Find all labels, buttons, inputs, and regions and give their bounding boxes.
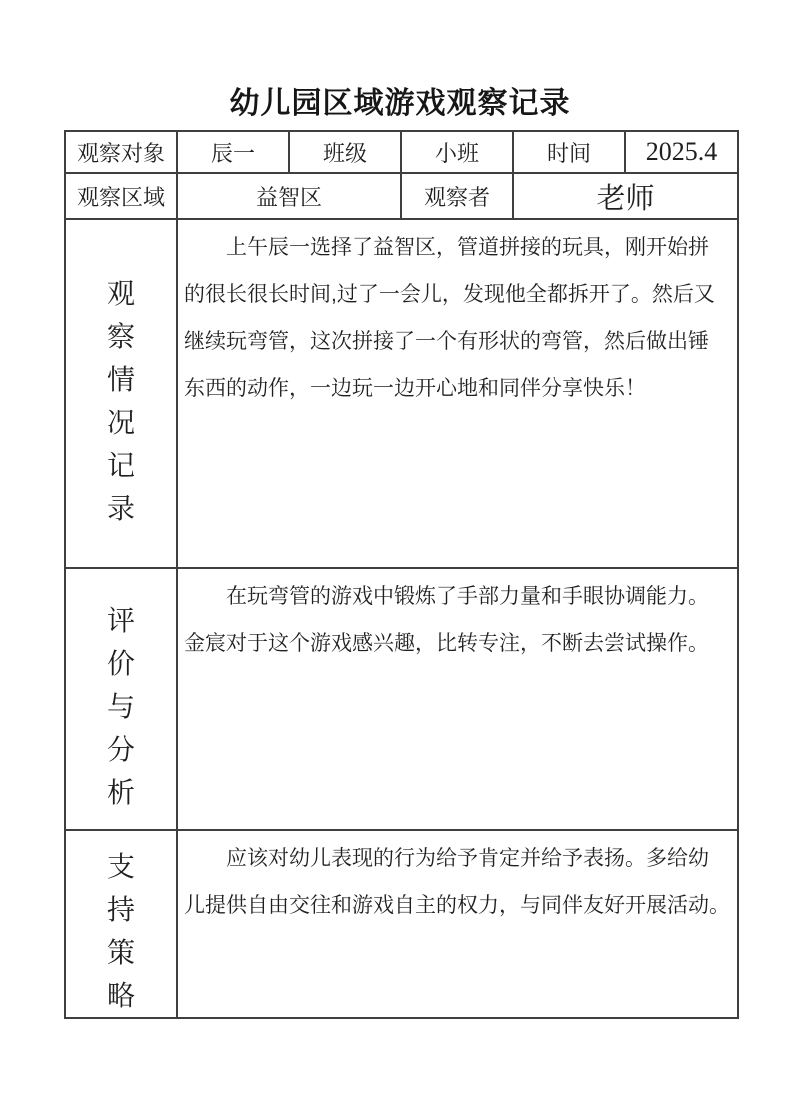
vertical-label-char: 录 <box>107 487 135 530</box>
support-strategy-row: 支持策略 应该对幼儿表现的行为给予肯定并给予表扬。多给幼儿提供自由交往和游戏自主… <box>65 830 738 1018</box>
observation-record-text: 上午辰一选择了益智区，管道拼接的玩具，刚开始拼的很长很长时间,过了一会儿，发现他… <box>177 219 738 568</box>
evaluation-analysis-row: 评价与分析 在玩弯管的游戏中锻炼了手部力量和手眼协调能力。金宸对于这个游戏感兴趣… <box>65 568 738 830</box>
text-line: 上午辰一选择了益智区，管道拼接的玩具，刚开始拼 <box>184 224 731 271</box>
text-line: 儿提供自由交往和游戏自主的权力，与同伴友好开展活动。 <box>184 882 731 929</box>
vertical-label-char: 察 <box>107 315 135 358</box>
text-line: 应该对幼儿表现的行为给予肯定并给予表扬。多给幼 <box>184 835 731 882</box>
support-strategy-label: 支持策略 <box>66 831 176 1017</box>
observation-record-table: 观察对象 辰一 班级 小班 时间 2025.4 观察区域 益智区 观察者 老师 … <box>64 130 739 1019</box>
observer-label: 观察者 <box>401 173 513 219</box>
observation-record-label-cell: 观察情况记录 <box>65 219 177 568</box>
support-strategy-label-cell: 支持策略 <box>65 830 177 1018</box>
vertical-label-char: 持 <box>107 888 135 931</box>
vertical-label-char: 观 <box>107 272 135 315</box>
evaluation-analysis-label-cell: 评价与分析 <box>65 568 177 830</box>
header-row-1: 观察对象 辰一 班级 小班 时间 2025.4 <box>65 131 738 173</box>
evaluation-analysis-label: 评价与分析 <box>66 585 176 814</box>
text-line: 继续玩弯管，这次拼接了一个有形状的弯管，然后做出锤 <box>184 318 731 365</box>
evaluation-analysis-text: 在玩弯管的游戏中锻炼了手部力量和手眼协调能力。金宸对于这个游戏感兴趣，比转专注，… <box>177 568 738 830</box>
support-strategy-text: 应该对幼儿表现的行为给予肯定并给予表扬。多给幼儿提供自由交往和游戏自主的权力，与… <box>177 830 738 1018</box>
observe-area-value: 益智区 <box>177 173 401 219</box>
text-line: 金宸对于这个游戏感兴趣，比转专注，不断去尝试操作。 <box>184 620 731 667</box>
vertical-label-char: 价 <box>107 642 135 685</box>
vertical-label-char: 评 <box>107 599 135 642</box>
class-label: 班级 <box>289 131 401 173</box>
vertical-label-char: 策 <box>107 931 135 974</box>
text-line: 东西的动作，一边玩一边开心地和同伴分享快乐！ <box>184 365 731 412</box>
vertical-label-char: 略 <box>107 974 135 1017</box>
time-value: 2025.4 <box>625 131 738 173</box>
vertical-label-char: 情 <box>107 358 135 401</box>
observation-record-row: 观察情况记录 上午辰一选择了益智区，管道拼接的玩具，刚开始拼的很长很长时间,过了… <box>65 219 738 568</box>
vertical-label-char: 支 <box>107 845 135 888</box>
vertical-label-char: 与 <box>107 685 135 728</box>
document-page: 幼儿园区域游戏观察记录 观察对象 辰一 班级 小班 时间 2025.4 观察区域… <box>0 0 800 1119</box>
observe-target-value: 辰一 <box>177 131 289 173</box>
class-value: 小班 <box>401 131 513 173</box>
vertical-label-char: 析 <box>107 771 135 814</box>
observer-value: 老师 <box>513 173 738 219</box>
vertical-label-char: 况 <box>107 401 135 444</box>
text-line: 的很长很长时间,过了一会儿，发现他全都拆开了。然后又 <box>184 271 731 318</box>
text-line: 在玩弯管的游戏中锻炼了手部力量和手眼协调能力。 <box>184 573 731 620</box>
header-row-2: 观察区域 益智区 观察者 老师 <box>65 173 738 219</box>
time-label: 时间 <box>513 131 625 173</box>
vertical-label-char: 记 <box>107 444 135 487</box>
document-title: 幼儿园区域游戏观察记录 <box>0 78 800 122</box>
observe-area-label: 观察区域 <box>65 173 177 219</box>
vertical-label-char: 分 <box>107 728 135 771</box>
observe-target-label: 观察对象 <box>65 131 177 173</box>
observation-record-label: 观察情况记录 <box>66 258 176 530</box>
